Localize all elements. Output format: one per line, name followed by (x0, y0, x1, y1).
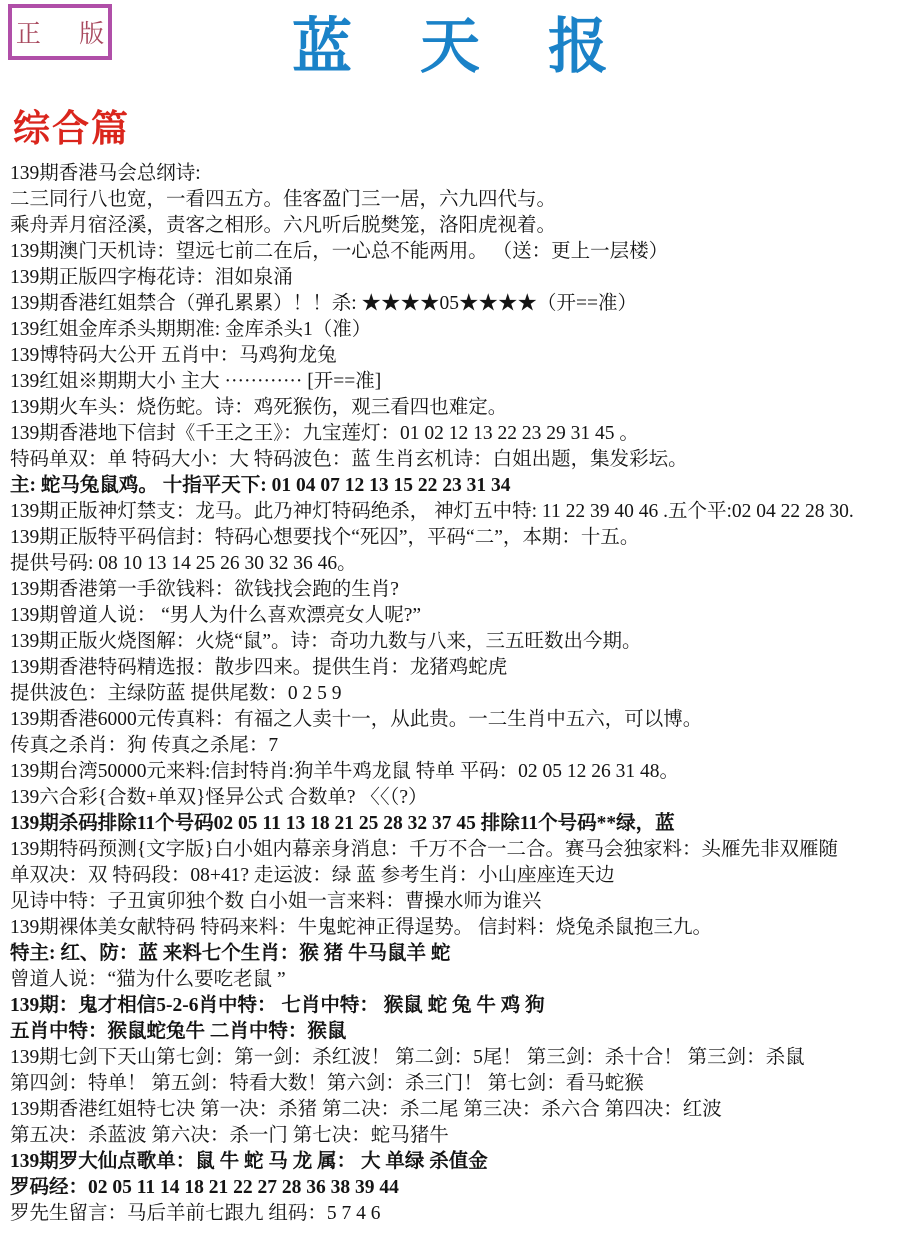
text-line: 单双决：双 特码段：08+41? 走运波：绿 蓝 参考生肖：小山座座连天边 (10, 863, 898, 889)
text-line: 139期正版四字梅花诗：泪如泉涌 (10, 265, 898, 291)
text-line: 139期香港地下信封《千王之王》：九宝莲灯：01 02 12 13 22 23 … (10, 421, 898, 447)
text-line: 139期正版火烧图解：火烧“鼠”。诗：奇功九数与八来，三五旺数出今期。 (10, 629, 898, 655)
text-line: 139期特码预测{文字版}白小姐内幕亲身消息：千万不合一二合。赛马会独家料：头雁… (10, 837, 898, 863)
text-line: 139期香港红姐特七决 第一决：杀猪 第二决：杀二尾 第三决：杀六合 第四决：红… (10, 1097, 898, 1123)
text-line: 139期七剑下天山第七剑：第一剑：杀红波！ 第二剑：5尾！ 第三剑：杀十合！ 第… (10, 1045, 898, 1071)
text-line: 特主: 红、防：蓝 来料七个生肖：猴 猪 牛马鼠羊 蛇 (10, 941, 898, 967)
text-line: 第四剑：特单！ 第五剑：特看大数！第六剑：杀三门！ 第七剑：看马蛇猴 (10, 1071, 898, 1097)
text-line: 139期澳门天机诗：望远七前二在后，一心总不能两用。 （送：更上一层楼） (10, 239, 898, 265)
text-line: 特码单双：单 特码大小：大 特码波色：蓝 生肖玄机诗：白姐出题，集发彩坛。 (10, 447, 898, 473)
body-lines: 139期香港马会总纲诗:二三同行八也宽，一看四五方。佳客盈门三一居，六九四代与。… (10, 161, 898, 1227)
text-line: 139期正版特平码信封：特码心想要找个“死囚”，平码“二”，本期：十五。 (10, 525, 898, 551)
text-line: 第五决：杀蓝波 第六决：杀一门 第七决：蛇马猪牛 (10, 1123, 898, 1149)
text-line: 见诗中特：子丑寅卯独个数 白小姐一言来料：曹操水师为谁兴 (10, 889, 898, 915)
text-line: 传真之杀肖：狗 传真之杀尾：7 (10, 733, 898, 759)
text-line: 139期火车头：烧伤蛇。诗：鸡死猴伤，观三看四也难定。 (10, 395, 898, 421)
text-line: 二三同行八也宽，一看四五方。佳客盈门三一居，六九四代与。 (10, 187, 898, 213)
text-line: 139期杀码排除11个号码02 05 11 13 18 21 25 28 32 … (10, 811, 898, 837)
text-line: 139期：鬼才相信5-2-6肖中特： 七肖中特： 猴鼠 蛇 兔 牛 鸡 狗 (10, 993, 898, 1019)
text-line: 139六合彩{合数+单双}怪异公式 合数单? 〈〈（?） (10, 785, 898, 811)
text-line: 五肖中特：猴鼠蛇兔牛 二肖中特：猴鼠 (10, 1019, 898, 1045)
text-line: 139期曾道人说： “男人为什么喜欢漂亮女人呢?” (10, 603, 898, 629)
section-title: 综合篇 (13, 98, 130, 152)
text-line: 139红姐金库杀头期期准: 金库杀头1（准） (10, 317, 898, 343)
text-line: 139期香港红姐禁合（弹孔累累）！！杀: ★★★★05★★★★（开==准） (10, 291, 898, 317)
text-line: 139期罗大仙点歌单：鼠 牛 蛇 马 龙 属： 大 单绿 杀值金 (10, 1149, 898, 1175)
text-line: 139期香港马会总纲诗: (10, 161, 898, 187)
text-line: 主: 蛇马兔鼠鸡。 十指平天下: 01 04 07 12 13 15 22 23… (10, 473, 898, 499)
text-line: 139期裸体美女献特码 特码来料：牛鬼蛇神正得逞势。 信封料：烧兔杀鼠抱三九。 (10, 915, 898, 941)
text-line: 139期正版神灯禁支：龙马。此乃神灯特码绝杀， 神灯五中特: 11 22 39 … (10, 499, 898, 525)
text-line: 139期香港特码精选报：散步四来。提供生肖：龙猪鸡蛇虎 (10, 655, 898, 681)
text-line: 曾道人说：“猫为什么要吃老鼠 ” (10, 967, 898, 993)
text-line: 提供波色：主绿防蓝 提供尾数：0 2 5 9 (10, 681, 898, 707)
page-title: 蓝天报 (0, 14, 900, 80)
text-line: 罗码经：02 05 11 14 18 21 22 27 28 36 38 39 … (10, 1175, 898, 1201)
text-line: 139博特码大公开 五肖中：马鸡狗龙兔 (10, 343, 898, 369)
text-line: 139期台湾50000元来料:信封特肖:狗羊牛鸡龙鼠 特单 平码：02 05 1… (10, 759, 898, 785)
text-line: 139期香港6000元传真料：有福之人卖十一，从此贵。一二生肖中五六，可以博。 (10, 707, 898, 733)
text-line: 139期香港第一手欲钱料：欲钱找会跑的生肖? (10, 577, 898, 603)
text-line: 罗先生留言：马后羊前七跟九 组码：5 7 4 6 (10, 1201, 898, 1227)
text-line: 提供号码: 08 10 13 14 25 26 30 32 36 46。 (10, 551, 898, 577)
text-line: 139红姐※期期大小 主大 ············ [开==准] (10, 369, 898, 395)
text-line: 乘舟弄月宿泾溪，责客之相形。六凡听后脱樊笼，洛阳虎视着。 (10, 213, 898, 239)
